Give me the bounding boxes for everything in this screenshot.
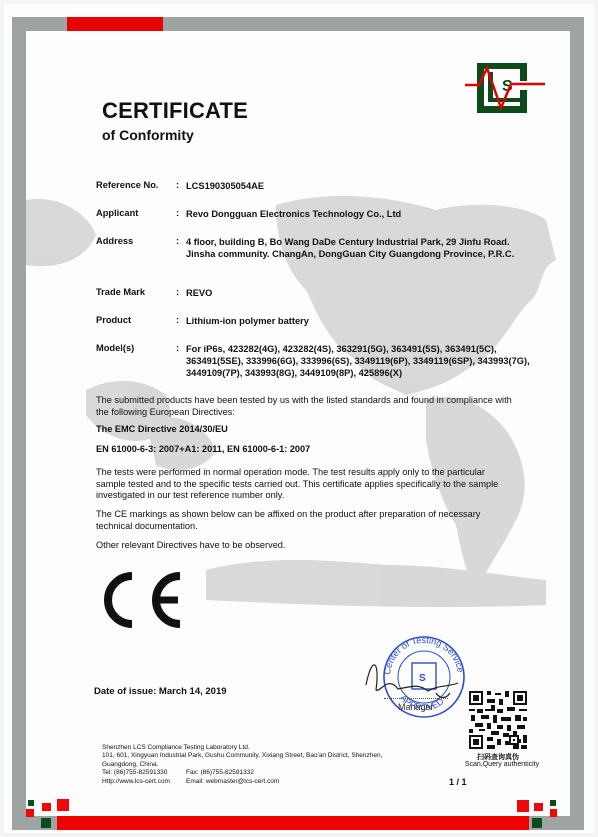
field-product: Product : Lithium-ion polymer battery [96, 315, 536, 327]
tests-note: The tests were performed in normal opera… [96, 467, 516, 502]
qr-label-english: Scan,Query authenticity [452, 761, 552, 768]
frame-border-right [570, 17, 584, 830]
decor-square [26, 809, 34, 817]
svg-text:S: S [419, 673, 426, 684]
signature-line [384, 698, 448, 699]
decor-square [41, 818, 51, 828]
field-models: Model(s) : For iP6s, 423282(4G), 423282(… [96, 343, 536, 379]
decor-square [550, 809, 557, 817]
ce-mark-icon [92, 570, 184, 630]
field-applicant: Applicant : Revo Dongguan Electronics Te… [96, 208, 536, 220]
field-value: LCS190305054AE [186, 180, 521, 192]
issuer-fax: Fax: (86)755-82591332 [186, 769, 254, 777]
other-directives-note: Other relevant Directives have to be obs… [96, 540, 516, 552]
field-value: Lithium-ion polymer battery [186, 315, 521, 327]
field-label: Product [96, 315, 176, 327]
directive-name: The EMC Directive 2014/30/EU [96, 424, 516, 436]
decor-square [42, 803, 51, 811]
standards-list: EN 61000-6-3: 2007+A1: 2011, EN 61000-6-… [96, 444, 516, 456]
issuer-address-cont: Guangdong, China. [102, 761, 382, 769]
decor-square [28, 800, 34, 806]
issuer-address: 101, 601, Xingyuan Industrial Park, Gush… [102, 752, 382, 760]
field-reference-no: Reference No. : LCS190305054AE [96, 180, 536, 192]
issuer-company: Shenzhen LCS Compliance Testing Laborato… [102, 744, 382, 752]
field-trade-mark: Trade Mark : REVO [96, 287, 536, 299]
page-number: 1 / 1 [449, 777, 467, 787]
lcs-logo: S [465, 58, 545, 118]
qr-code[interactable] [469, 691, 527, 749]
svg-text:Center of Testing Service: Center of Testing Service [382, 635, 466, 675]
date-of-issue: Date of issue: March 14, 2019 [94, 686, 227, 697]
signatory-role: Manager [398, 702, 434, 712]
compliance-statement: The submitted products have been tested … [96, 395, 516, 418]
ce-marking-note: The CE markings as shown below can be af… [96, 509, 516, 532]
field-value: 4 floor, building B, Bo Wang DaDe Centur… [186, 236, 521, 260]
field-label: Trade Mark [96, 287, 176, 299]
field-colon: : [176, 315, 186, 327]
field-colon: : [176, 180, 186, 192]
field-label: Reference No. [96, 180, 176, 192]
issuer-tel: Tel: (86)755-82591330 [102, 769, 186, 777]
field-value: Revo Dongguan Electronics Technology Co.… [186, 208, 521, 220]
frame-border-left [12, 17, 26, 830]
issuer-email[interactable]: Email: webmaster@lcs-cert.com [186, 778, 279, 786]
accent-bar-bottom [57, 816, 529, 830]
certificate-title: CERTIFICATE [102, 98, 248, 124]
field-value: REVO [186, 287, 521, 299]
accent-bar-top [67, 17, 163, 31]
field-colon: : [176, 343, 186, 379]
field-colon: : [176, 236, 186, 260]
field-label: Applicant [96, 208, 176, 220]
decor-square [532, 818, 542, 828]
field-colon: : [176, 287, 186, 299]
field-label: Model(s) [96, 343, 176, 379]
certificate-subtitle: of Conformity [102, 127, 194, 143]
field-address: Address : 4 floor, building B, Bo Wang D… [96, 236, 536, 260]
decor-square [550, 800, 556, 806]
issuer-website[interactable]: Http://www.lcs-cert.com [102, 778, 186, 786]
field-colon: : [176, 208, 186, 220]
decor-square [57, 799, 69, 811]
field-value: For iP6s, 423282(4G), 423282(4S), 363291… [186, 343, 531, 379]
field-label: Address [96, 236, 176, 260]
decor-square [534, 803, 543, 811]
decor-square [517, 800, 529, 812]
issuer-footer: Shenzhen LCS Compliance Testing Laborato… [102, 744, 382, 786]
